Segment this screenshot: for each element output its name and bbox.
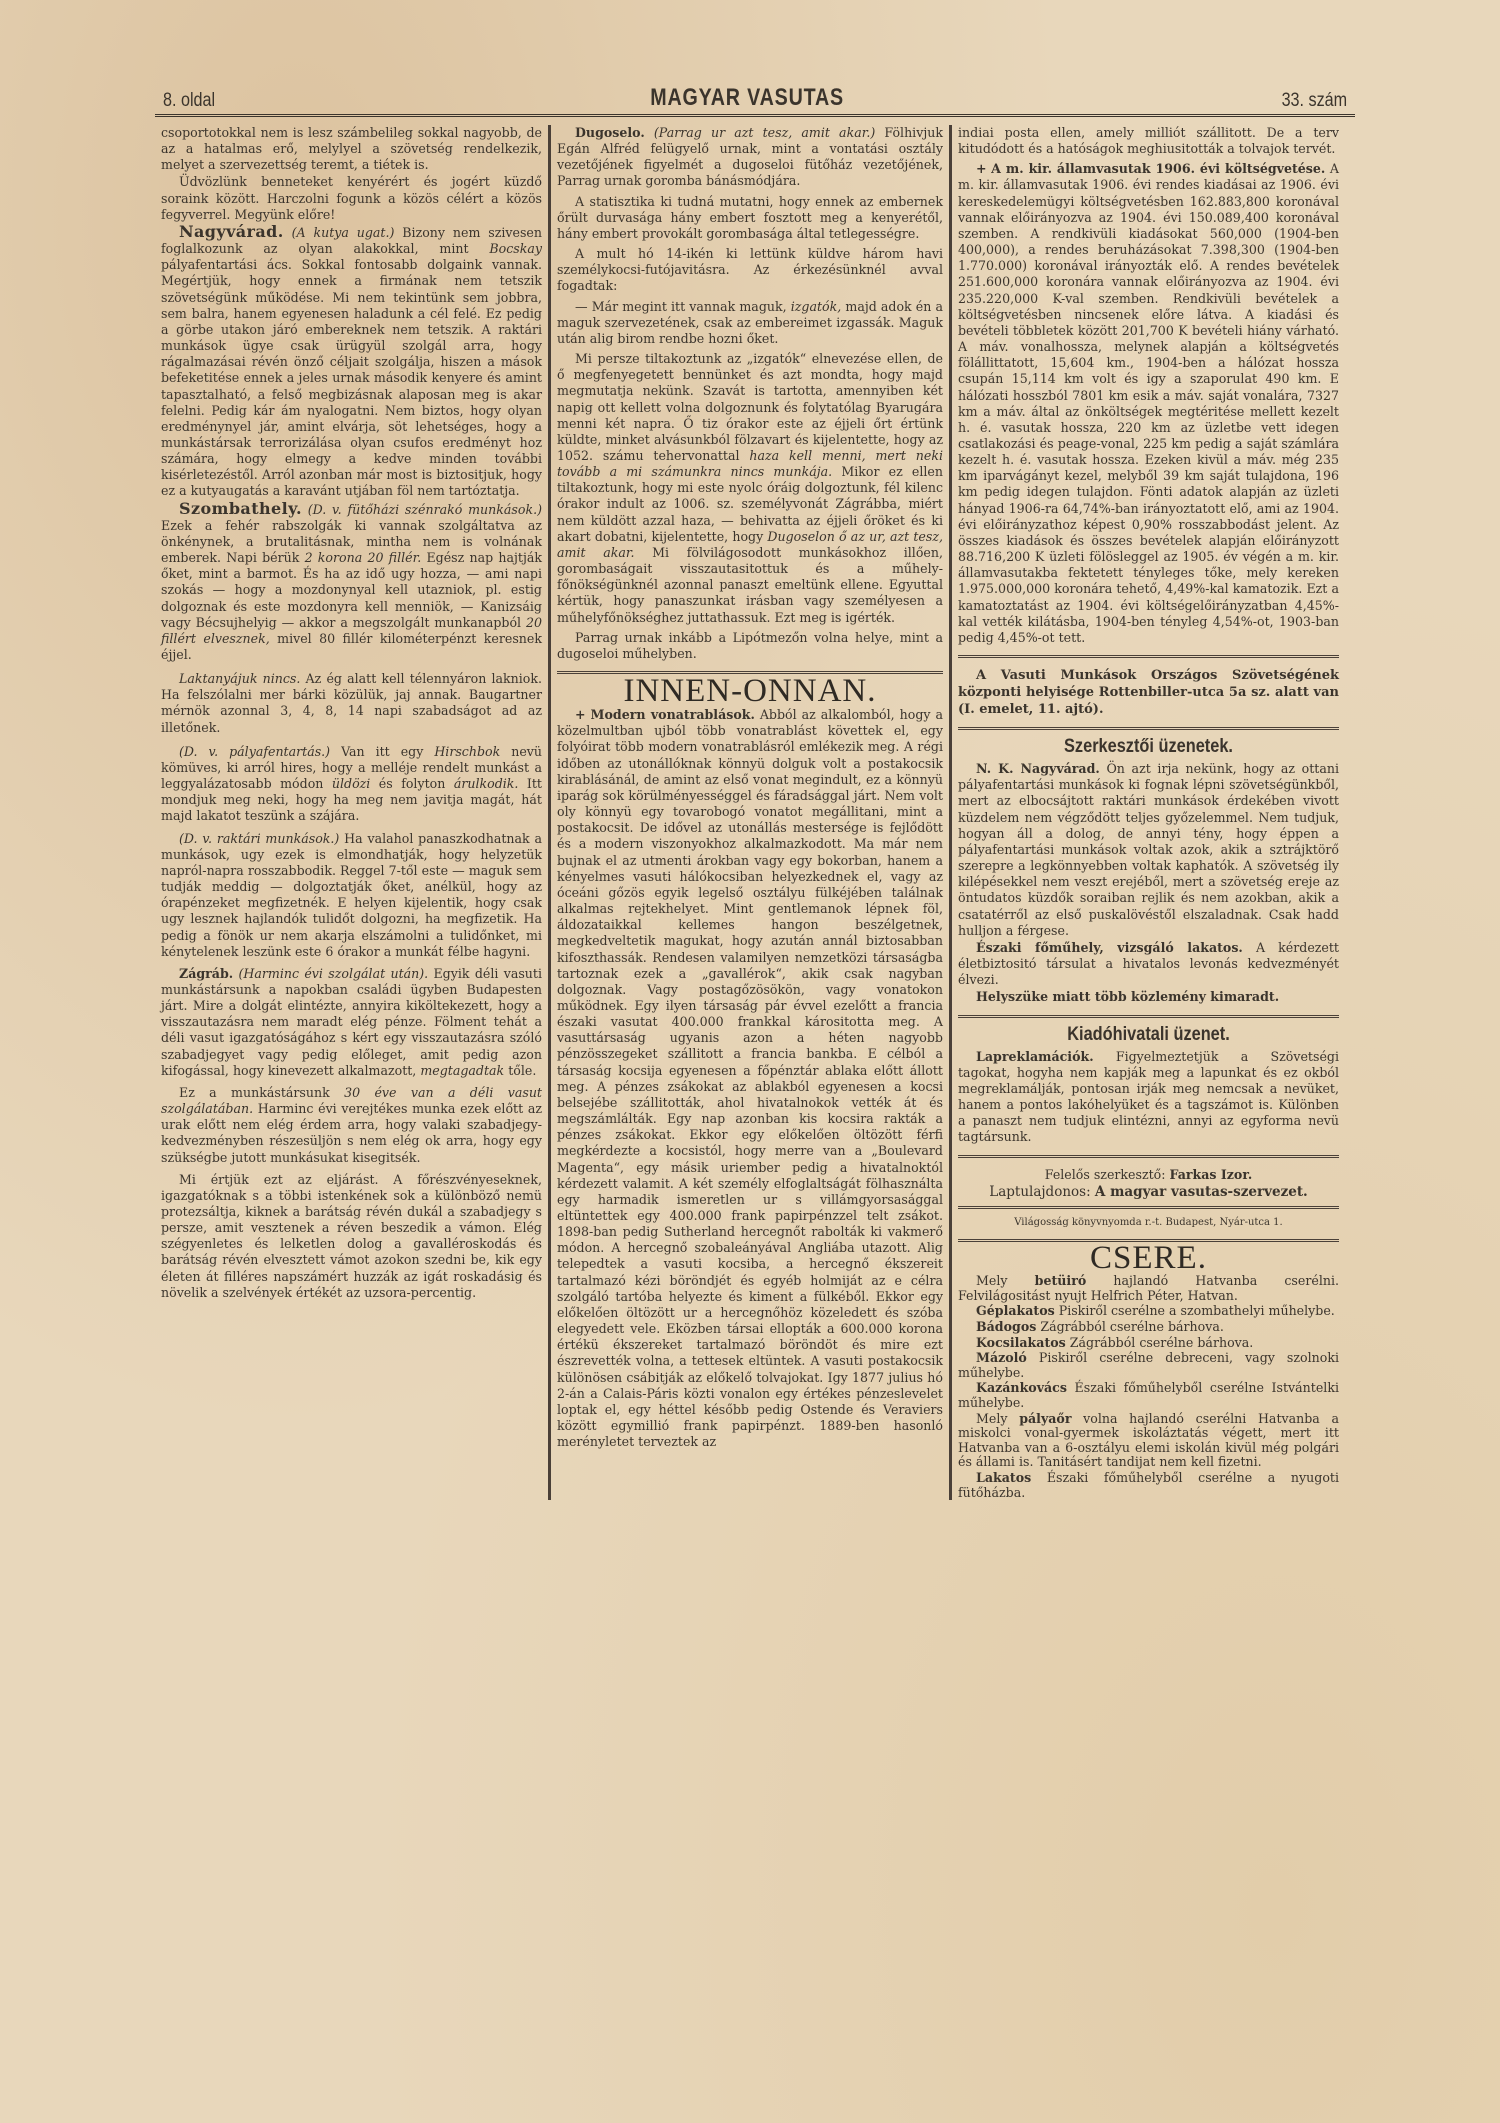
- section-divider: [958, 655, 1339, 658]
- article-paragraph: Mi persze tiltakoztunk az „izgatók“ elne…: [557, 351, 943, 626]
- article-budget: + A m. kir. államvasutak 1906. évi költs…: [958, 161, 1339, 646]
- article-text: Van itt egy: [330, 744, 434, 759]
- verb-emphasis: árulkodik.: [454, 776, 519, 791]
- verb-emphasis: üldözi: [332, 776, 370, 791]
- article-subtitle: (D. v. fütőházi szénrakó munkások.): [308, 502, 542, 517]
- article-subtitle: (Parrag ur azt tesz, amit akar.): [654, 125, 875, 140]
- article-dugoselo: Dugoselo. (Parrag ur azt tesz, amit akar…: [557, 125, 943, 190]
- space-note: Helyszüke miatt több közlemény kimaradt.: [958, 989, 1339, 1005]
- article-text: Ha valahol panaszkodhatnak a munkások, u…: [161, 831, 542, 959]
- article-heading: Zágráb.: [179, 966, 233, 981]
- editor-message: N. K. Nagyvárad. Ön azt irja nekünk, hog…: [958, 761, 1339, 939]
- article-raktari: (D. v. raktári munkások.) Ha valahol pan…: [161, 831, 542, 960]
- section-title-office-message: Kiadóhivatali üzenet.: [985, 1027, 1313, 1043]
- newspaper-title: MAGYAR VASUTAS: [650, 84, 844, 112]
- article-subtitle: (D. v. pályafentartás.): [179, 744, 330, 759]
- editor-name: Farkas Izor.: [1169, 1167, 1252, 1182]
- wage-emphasis: 2 korona 20 fillér.: [305, 550, 422, 565]
- article-heading: Modern vonatrablások.: [591, 707, 755, 722]
- article-text: — Már megint itt vannak maguk,: [575, 299, 791, 314]
- article-subtitle: (Harminc évi szolgálat után).: [238, 966, 428, 981]
- article-paragraph: Ez a munkástársunk 30 éve van a déli vas…: [161, 1085, 542, 1166]
- label: Laptulajdonos:: [989, 1184, 1095, 1200]
- article-subtitle: (A kutya ugat.): [292, 225, 395, 240]
- office-address-notice: A Vasuti Munkások Országos Szövetségének…: [958, 667, 1339, 718]
- exchange-item: Kazánkovács Északi főműhelyből cserélne …: [958, 1381, 1339, 1410]
- label: Felelős szerkesztő:: [1045, 1167, 1170, 1182]
- owner-name: A magyar vasutas-szervezet.: [1095, 1184, 1308, 1200]
- trade: Bádogos: [976, 1319, 1036, 1334]
- article-szombathely: Szombathely. (D. v. fütőházi szénrakó mu…: [161, 501, 542, 664]
- article-text: tőle.: [504, 1063, 536, 1078]
- newspaper-page: 8. oldal MAGYAR VASUTAS 33. szám csoport…: [155, 84, 1355, 1500]
- article-text: és folyton: [370, 776, 453, 791]
- refused-emphasis: megtagadtak: [420, 1063, 504, 1078]
- message-heading: Lapreklamációk.: [976, 1049, 1094, 1064]
- column-2: Dugoselo. (Parrag ur azt tesz, amit akar…: [548, 125, 949, 1500]
- article-palyafentartas: (D. v. pályafentartás.) Van itt egy Hirs…: [161, 744, 542, 825]
- exchange-item: Lakatos Északi főműhelyből cserélne a ny…: [958, 1471, 1339, 1500]
- trade: Kocsilakatos: [976, 1335, 1066, 1350]
- article-heading: Szombathely.: [179, 499, 302, 518]
- exchange-item: Kocsilakatos Zágrábból cserélne bárhova.: [958, 1336, 1339, 1351]
- exchange-listings: Mely betüiró hajlandó Hatvanba cserélni.…: [958, 1274, 1339, 1500]
- exchange-item: Bádogos Zágrábból cserélne bárhova.: [958, 1320, 1339, 1335]
- trade: Lakatos: [976, 1470, 1031, 1485]
- article-paragraph: Mi értjük ezt az eljárást. A főrészvénye…: [161, 1172, 542, 1301]
- article-paragraph: A statisztika ki tudná mutatni, hogy enn…: [557, 194, 943, 242]
- text: Zágrábból cserélne bárhova.: [1066, 1335, 1254, 1350]
- columns: csoportotokkal nem is lesz számbelileg s…: [155, 125, 1355, 1500]
- exchange-item: Mely pályaőr volna hajlandó cserélni Hat…: [958, 1412, 1339, 1470]
- text: Mely: [976, 1411, 1019, 1426]
- person-name: Bocskay: [489, 241, 542, 256]
- text: Zágrábból cserélne bárhova.: [1036, 1319, 1224, 1334]
- article-heading: A m. kir. államvasutak 1906. évi költség…: [991, 161, 1325, 176]
- issue-number: 33. szám: [1281, 90, 1347, 112]
- section-title-innen-onnan: INNEN-ONNAN.: [557, 683, 943, 699]
- trade: Kazánkovács: [976, 1380, 1067, 1395]
- article-vonatrablasok: + Modern vonatrablások. Abból az alkalom…: [557, 707, 943, 1450]
- exchange-item: Géplakatos Piskiről cserélne a szombathe…: [958, 1304, 1339, 1319]
- article-text: A m. kir. államvasutak 1906. évi rendes …: [958, 161, 1339, 645]
- article-subtitle: (D. v. raktári munkások.): [179, 831, 339, 846]
- article-paragraph: indiai posta ellen, amely milliót szálli…: [958, 125, 1339, 157]
- section-title-csere: CSERE.: [958, 1250, 1339, 1266]
- paragraph-lead: Laktanyájuk nincs.: [179, 671, 300, 686]
- text: Piskiről cserélne a szombathelyi műhelyb…: [1055, 1303, 1335, 1318]
- column-3: indiai posta ellen, amely milliót szálli…: [949, 125, 1345, 1500]
- trade: pályaőr: [1019, 1411, 1071, 1426]
- article-text: Egyik déli vasuti munkástársunk a napokb…: [161, 966, 542, 1078]
- article-text: pályafentartási ács. Sokkal fontosabb do…: [161, 257, 542, 498]
- trade: betüiró: [1035, 1273, 1087, 1288]
- article-zagrab: Zágráb. (Harminc évi szolgálat után). Eg…: [161, 966, 542, 1079]
- article-text: Abból az alkalomból, hogy a közelmultban…: [557, 707, 943, 1449]
- office-message: Lapreklamációk. Figyelmeztetjük a Szövet…: [958, 1049, 1339, 1146]
- responsible-editor: Felelős szerkesztő: Farkas Izor.: [958, 1167, 1339, 1183]
- text: Mely: [976, 1273, 1035, 1288]
- article-text: Mi persze tiltakoztunk az „izgatók“ elne…: [557, 351, 943, 463]
- message-recipient: N. K. Nagyvárad.: [976, 761, 1100, 776]
- article-paragraph: Üdvözlünk benneteket kenyérért és jogért…: [161, 174, 542, 222]
- trade: Géplakatos: [976, 1303, 1055, 1318]
- publisher: Laptulajdonos: A magyar vasutas-szerveze…: [958, 1184, 1339, 1200]
- article-paragraph: Parrag urnak inkább a Lipótmezőn volna h…: [557, 630, 943, 662]
- person-name: Hirschbok: [434, 744, 500, 759]
- article-heading: Dugoselo.: [575, 125, 645, 140]
- article-paragraph: csoportotokkal nem is lesz számbelileg s…: [161, 125, 542, 173]
- section-divider: [958, 1015, 1339, 1018]
- plus-icon: +: [575, 707, 586, 722]
- article-paragraph: — Már megint itt vannak maguk, izgatók, …: [557, 299, 943, 347]
- article-nagyvarad: Nagyvárad. (A kutya ugat.) Bizony nem sz…: [161, 224, 542, 500]
- section-divider: [958, 1206, 1339, 1209]
- section-divider: [958, 727, 1339, 730]
- section-title-editor-messages: Szerkesztői üzenetek.: [985, 739, 1313, 755]
- article-text: Ez a munkástársunk: [179, 1085, 344, 1100]
- masthead: 8. oldal MAGYAR VASUTAS 33. szám: [155, 84, 1355, 117]
- article-paragraph: A mult hó 14-ikén ki lettünk küldve háro…: [557, 246, 943, 294]
- plus-icon: +: [976, 161, 987, 176]
- page-number: 8. oldal: [163, 90, 215, 112]
- exchange-item: Mázoló Piskiről cserélne debreceni, vagy…: [958, 1351, 1339, 1380]
- article-heading: Nagyvárad.: [179, 222, 284, 241]
- editor-message: Északi főműhely, vizsgáló lakatos. A kér…: [958, 940, 1339, 988]
- printer-line: Világosság könyvnyomda r.-t. Budapest, N…: [958, 1215, 1339, 1231]
- column-1: csoportotokkal nem is lesz számbelileg s…: [155, 125, 548, 1500]
- exchange-item: Mely betüiró hajlandó Hatvanba cserélni.…: [958, 1274, 1339, 1303]
- quote-emphasis: izgatók,: [791, 299, 842, 314]
- message-text: Ön azt irja nekünk, hogy az ottani pálya…: [958, 761, 1339, 938]
- trade: Mázoló: [976, 1350, 1027, 1365]
- message-recipient: Északi főműhely, vizsgáló lakatos.: [976, 940, 1243, 955]
- article-laktanya: Laktanyájuk nincs. Az ég alatt kell téle…: [161, 671, 542, 736]
- section-divider: [958, 1155, 1339, 1158]
